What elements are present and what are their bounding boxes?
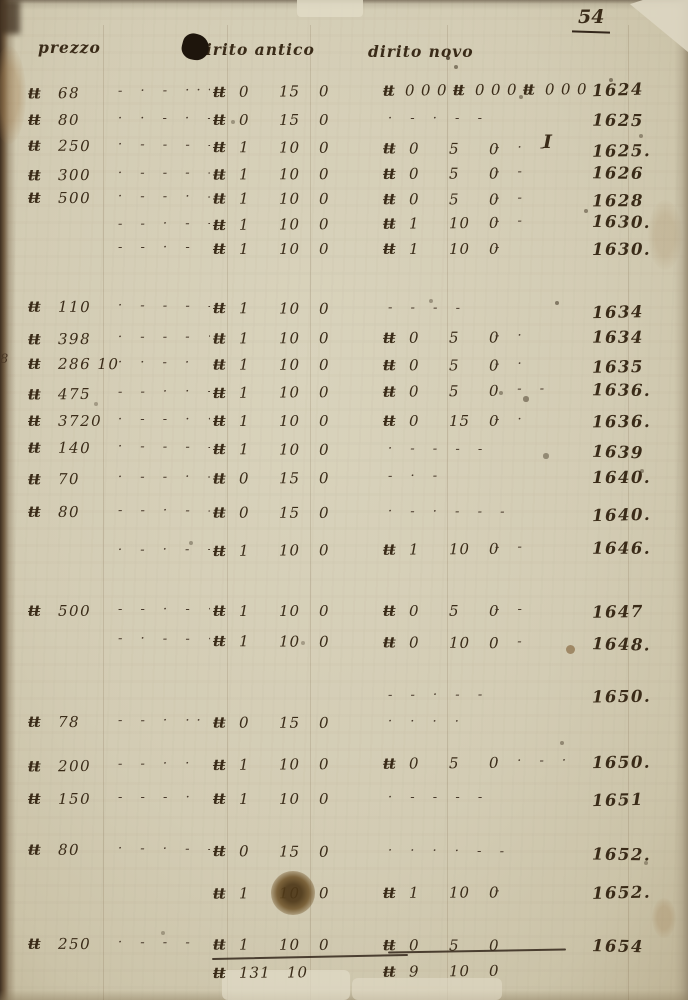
amount-digit: 10 (279, 356, 319, 374)
trail-dashes: - · - (388, 468, 586, 489)
amount-digit: 0 (409, 356, 449, 374)
gap-dashes: - - · · (118, 756, 210, 777)
year-cell: 1652. (592, 882, 682, 903)
lire-symbol: tt (383, 329, 409, 347)
lire-symbol: tt (383, 383, 409, 401)
amount-digit: 5 (449, 164, 489, 182)
year-cell: 1634 (592, 301, 682, 322)
dirito-antico-cell: tt0150 (213, 82, 381, 101)
trail-dashes: - - - - (388, 300, 586, 322)
amount-digit: 5 (449, 602, 489, 620)
year-cell: 1630. (592, 240, 682, 259)
gap-dashes: · - · - - (118, 841, 210, 862)
dirito-antico-cell: tt1100 (213, 138, 381, 157)
amount-digit: 10 (279, 633, 319, 651)
amount-digit: 0 (319, 884, 359, 902)
trail-dashes: - - (495, 191, 587, 211)
amount-digit: 1 (239, 190, 279, 208)
year-cell: 1640. (592, 504, 682, 525)
gap-dashes: - - · ·· (118, 713, 210, 733)
dirito-antico-cell: tt1100 (213, 541, 381, 560)
amount-digit: 10 (279, 300, 319, 318)
amount-digit: 0 (507, 81, 523, 99)
year-cell: 1654 (592, 936, 682, 957)
amount-digit: 131 (239, 963, 287, 981)
lire-symbol: tt (213, 756, 239, 774)
lire-symbol: tt (213, 83, 239, 101)
dirito-antico-cell: tt0150 (213, 503, 381, 522)
year-cell: 1639 (592, 442, 683, 464)
lire-symbol: tt (383, 82, 405, 100)
trail-dashes: - · - (495, 140, 587, 161)
amount-digit: 0 (319, 82, 359, 100)
gap-dashes: - - · - (118, 240, 210, 260)
ledger-row: tt300· - - - -tt1100tt050- -1626 (0, 164, 688, 191)
dirito-antico-cell: tt0150 (213, 713, 381, 732)
lire-symbol: tt (383, 190, 409, 208)
lire-symbol: tt (213, 790, 239, 808)
amount-digit: 1 (239, 790, 279, 808)
lire-symbol: tt (453, 81, 475, 99)
amount-digit: 1 (409, 884, 449, 902)
amount-digit: 0 (409, 754, 449, 772)
amount-digit: 10 (279, 165, 319, 183)
lire-symbol: tt (213, 542, 239, 560)
amount-digit: 0 (577, 80, 593, 98)
page-number-underline (572, 30, 610, 33)
gap-dashes: · - · - - (118, 542, 210, 563)
ledger-row: tt398· - - - ·tt1100tt050- ·1634 (0, 328, 688, 355)
amount-digit: 1 (409, 240, 449, 258)
amount-digit: 0 (239, 504, 279, 522)
lire-symbol: tt (383, 165, 409, 183)
corner-patch (630, 0, 688, 52)
prezzo-value: 80 (58, 841, 80, 859)
prezzo-value: 68 (58, 84, 80, 102)
lire-symbol: tt (213, 842, 239, 860)
trail-dashes: - · (495, 328, 587, 348)
amount-digit: 0 (545, 80, 561, 98)
ledger-row: tt286 10· · - ·tt1100tt050- ·1635 (0, 355, 688, 382)
dirito-novo-cell: tt000tt000tt000 (383, 80, 588, 100)
ledger-row: tt78- - · ··tt0150· · · · (0, 713, 688, 740)
amount-digit: 0 (421, 81, 437, 99)
amount-digit: 1 (239, 215, 279, 233)
year-cell: 1625. (592, 141, 682, 161)
dirito-antico-cell: tt0150 (213, 842, 381, 861)
amount-digit: 1 (239, 602, 279, 620)
lire-symbol: tt (383, 602, 409, 620)
ink-blot-large (271, 871, 315, 915)
lire-symbol: tt (28, 503, 54, 521)
ledger-row: tt150- - - ·tt1100· - - - -1651 (0, 790, 688, 814)
amount-digit: 0 (437, 81, 453, 99)
lire-symbol: tt (28, 757, 54, 775)
trail-dashes: · · · · - - (388, 843, 586, 865)
prezzo-value: 250 (58, 935, 91, 953)
prezzo-value: 140 (58, 439, 91, 457)
amount-digit: 0 (405, 81, 421, 99)
amount-digit: 15 (279, 843, 319, 861)
lire-symbol: tt (213, 355, 239, 373)
amount-digit: 1 (239, 383, 279, 401)
amount-digit: 10 (449, 962, 489, 980)
amount-digit: 1 (239, 632, 279, 650)
lire-symbol: tt (28, 935, 54, 953)
prezzo-value: 3720 (58, 412, 102, 430)
dirito-antico-cell: tt1100 (213, 329, 381, 348)
amount-digit: 10 (287, 963, 329, 981)
year-cell: 1650. (592, 686, 682, 706)
lire-symbol: tt (213, 165, 239, 183)
dirito-antico-cell: tt1100 (213, 602, 381, 620)
amount-digit: 15 (279, 469, 319, 487)
prezzo-value: 500 (58, 602, 91, 620)
ledger-row: tt68- · - ··· ·tt0150tt000tt000tt0001624 (0, 79, 688, 108)
trail-dashes: - - (495, 213, 587, 234)
lire-symbol: tt (28, 470, 54, 488)
gap-dashes: · · - · (118, 355, 210, 375)
dirito-antico-cell: tt1100 (213, 412, 381, 430)
trail-dashes: · - - - - (388, 441, 586, 463)
amount-digit: 9 (409, 962, 449, 980)
gap-dashes: - · - ··· · (118, 83, 210, 104)
ledger-row: tt250· - - -tt1100tt0501654 (0, 935, 688, 962)
amount-digit: 15 (279, 504, 319, 522)
lire-symbol: tt (28, 439, 54, 457)
amount-digit: 0 (319, 843, 359, 861)
lire-symbol: tt (383, 541, 409, 559)
amount-digit: 0 (239, 714, 279, 732)
trail-dashes: - · (495, 412, 587, 432)
gap-dashes: · - - · - - (118, 189, 210, 209)
lire-symbol: tt (28, 355, 54, 373)
tape-patch-top (297, 0, 363, 17)
year-cell: 1624 (592, 78, 683, 100)
year-cell: 1640. (592, 468, 682, 487)
amount-digit: 15 (279, 111, 319, 129)
lire-symbol: tt (213, 329, 239, 347)
dirito-antico-cell: tt1100 (213, 165, 381, 184)
amount-digit: 5 (449, 190, 489, 208)
dirito-antico-cell: tt1100 (213, 790, 381, 808)
dirito-antico-cell: tt1100 (213, 440, 381, 459)
trail-dashes: · · - · (495, 753, 587, 774)
lire-symbol: tt (28, 137, 54, 155)
lire-symbol: tt (213, 503, 239, 521)
ledger-row: tt70· - - · -tt0150- · -1640. (0, 468, 688, 495)
amount-digit: 15 (449, 412, 489, 430)
gap-dashes: · · - · - (118, 111, 210, 131)
ledger-row: tt80· · - · -tt0150· - · - -1625 (0, 111, 688, 135)
amount-digit: 0 (319, 165, 359, 183)
trail-dashes: · · · · (388, 714, 586, 735)
lire-symbol: tt (213, 602, 239, 620)
gap-dashes: · - - · - (118, 470, 210, 490)
dirito-antico-cell: tt0150 (213, 469, 381, 488)
lire-symbol: tt (383, 412, 409, 430)
trail-dashes: - - (495, 164, 587, 184)
lire-symbol: tt (28, 412, 54, 430)
gap-dashes: - - · - - (118, 503, 210, 523)
dirito-antico-cell: tt1100 (213, 632, 381, 651)
lire-symbol: tt (213, 240, 239, 258)
corner-shadow (0, 0, 20, 34)
amount-digit: 5 (449, 754, 489, 772)
lire-symbol: tt (383, 755, 409, 773)
trail-dashes: - (495, 240, 587, 260)
prezzo-value: 286 10 (58, 355, 120, 373)
amount-digit: 10 (449, 214, 489, 232)
amount-digit: 0 (319, 383, 359, 401)
amount-digit: 0 (319, 240, 359, 258)
amount-digit: 0 (319, 441, 359, 459)
trail-dashes: - - (495, 539, 587, 560)
amount-digit: 10 (279, 541, 319, 559)
amount-digit: 15 (279, 82, 319, 100)
prezzo-value: 300 (58, 166, 91, 184)
amount-digit: 10 (279, 602, 319, 620)
lire-symbol: tt (213, 469, 239, 487)
ink-specks (0, 0, 2, 2)
column-header-prezzo: prezzo (38, 38, 101, 57)
ledger-row: tt80- - · - -tt0150· - · - - -1640. (0, 503, 688, 530)
amount-digit: 0 (489, 962, 529, 980)
amount-digit: 10 (449, 240, 489, 258)
amount-digit: 10 (279, 790, 319, 808)
gap-dashes: · - - - (118, 935, 210, 955)
lire-symbol: tt (28, 166, 54, 184)
lire-symbol: tt (213, 713, 239, 731)
trail-dashes: · - - (495, 381, 587, 402)
dirito-antico-cell: tt1100 (213, 299, 381, 318)
gap-dashes: · - - - - (118, 137, 210, 158)
amount-digit: 0 (409, 633, 449, 651)
lire-symbol: tt (28, 602, 54, 620)
dirito-antico-cell: tt1100 (213, 935, 381, 954)
lire-symbol: tt (28, 330, 54, 348)
dirito-antico-cell: tt13110 (213, 963, 381, 982)
column-header-dirito-novo: dirito novo (368, 42, 474, 61)
amount-digit: 10 (449, 883, 489, 901)
manuscript-page: 54 prezzo dirito antico dirito novo tt68… (0, 0, 688, 1000)
amount-digit: 0 (319, 633, 359, 651)
amount-digit: 1 (239, 755, 279, 773)
lire-symbol: tt (28, 84, 54, 102)
lire-symbol: tt (213, 216, 239, 234)
lire-symbol: tt (383, 356, 409, 374)
gap-dashes: - · - - · - (118, 631, 210, 652)
amount-digit: 0 (319, 190, 359, 208)
dirito-antico-cell: tt1100 (213, 355, 381, 374)
amount-digit: 10 (449, 634, 489, 652)
year-cell: 1647 (592, 601, 682, 622)
dirito-antico-cell: tt1100 (213, 755, 381, 774)
amount-digit: 0 (319, 329, 359, 347)
amount-digit: 15 (279, 714, 319, 732)
amount-digit: 0 (319, 714, 359, 732)
dirito-antico-cell: tt1100 (213, 189, 381, 208)
amount-digit: 0 (409, 139, 449, 157)
lire-symbol: tt (28, 841, 54, 859)
dirito-antico-cell: tt1100 (213, 383, 381, 402)
lire-symbol: tt (213, 299, 239, 317)
prezzo-value: 150 (58, 790, 91, 808)
amount-digit: 0 (319, 936, 359, 954)
gap-dashes: · - - · · · (118, 412, 210, 432)
lire-symbol: tt (213, 964, 239, 982)
amount-digit: 0 (409, 329, 449, 347)
lire-symbol: tt (523, 80, 545, 98)
amount-digit: 1 (239, 541, 279, 559)
amount-digit: 0 (319, 755, 359, 773)
trail-dashes: - · (495, 357, 587, 377)
year-cell: 1646. (592, 539, 682, 558)
amount-digit: 0 (491, 81, 507, 99)
lire-symbol: tt (28, 111, 54, 129)
amount-digit: 1 (239, 412, 279, 430)
year-cell: 1650. (592, 752, 682, 772)
amount-digit: 0 (409, 165, 449, 183)
prezzo-value: 475 (58, 385, 91, 403)
amount-digit: 1 (239, 329, 279, 347)
amount-digit: 0 (319, 469, 359, 487)
lire-symbol: tt (28, 790, 54, 808)
amount-digit: 10 (279, 329, 319, 347)
trail-dashes: · - (495, 634, 587, 655)
amount-digit: 10 (279, 215, 319, 233)
amount-digit: 5 (449, 382, 489, 400)
amount-digit: 0 (319, 412, 359, 430)
lire-symbol: tt (28, 385, 54, 403)
year-cell: 1628 (592, 191, 682, 210)
amount-digit: 1 (409, 540, 449, 558)
lire-symbol: tt (213, 412, 239, 430)
gap-dashes: · - - - - (118, 166, 210, 186)
year-cell: 1630. (592, 212, 682, 233)
gap-dashes: · - - - - (118, 298, 210, 319)
amount-digit: 0 (319, 356, 359, 374)
lire-symbol: tt (28, 189, 54, 207)
gap-dashes: - - · - · (118, 602, 210, 622)
dirito-antico-cell: tt0150 (213, 111, 381, 129)
year-cell: 1634 (592, 328, 682, 347)
lire-symbol: tt (383, 139, 409, 157)
gap-dashes: - - · - - (118, 216, 210, 237)
amount-digit: 0 (319, 602, 359, 620)
dirito-antico-cell: tt1100 (213, 215, 381, 234)
amount-digit: 10 (279, 139, 319, 157)
lire-symbol: tt (213, 384, 239, 402)
year-cell: 1625 (592, 111, 682, 131)
amount-digit: 1 (239, 299, 279, 317)
lire-symbol: tt (213, 935, 239, 953)
prezzo-value: 500 (58, 189, 91, 207)
amount-digit: 0 (319, 790, 359, 808)
amount-digit: 1 (239, 440, 279, 458)
lire-symbol: tt (213, 884, 239, 902)
amount-digit: 10 (279, 190, 319, 208)
ledger-row: tt500· - - · - -tt1100tt050- -1628 (0, 189, 688, 216)
amount-digit: 0 (475, 81, 491, 99)
lire-symbol: tt (383, 884, 409, 902)
amount-digit: 5 (449, 356, 489, 374)
amount-digit: 0 (319, 541, 359, 559)
trail-dashes: · - - - - (388, 790, 586, 810)
trail-dashes: - (495, 883, 587, 903)
lire-symbol: tt (383, 240, 409, 258)
ledger-row: tt200- - · ·tt1100tt050· · - ·1650. (0, 752, 688, 781)
amount-digit: 0 (319, 300, 359, 318)
lire-symbol: tt (383, 633, 409, 651)
gap-dashes: - - - · (118, 790, 210, 810)
amount-digit: 10 (279, 441, 319, 459)
margin-mark: 8 (0, 352, 8, 367)
prezzo-value: 250 (58, 137, 91, 155)
lire-symbol: tt (213, 189, 239, 207)
trail-dashes: - - (495, 602, 587, 622)
lire-symbol: tt (383, 215, 409, 233)
year-cell: 1651 (592, 789, 682, 810)
dirito-antico-cell: tt1100 (213, 240, 381, 258)
amount-digit: 0 (489, 937, 529, 955)
trail-dashes: · - · - - (388, 111, 586, 131)
amount-digit: 0 (409, 412, 449, 430)
ledger-row: · - · - -tt1100tt1100- -1646. (0, 538, 688, 567)
amount-digit: 1 (239, 356, 279, 374)
prezzo-value: 80 (58, 503, 80, 521)
amount-digit: 1 (239, 138, 279, 156)
dirito-novo-cell: tt9100 (383, 961, 588, 981)
lire-symbol: tt (383, 963, 409, 981)
amount-digit: 0 (561, 80, 577, 98)
amount-digit: 1 (239, 936, 279, 954)
lire-symbol: tt (28, 713, 54, 731)
amount-digit: 0 (409, 382, 449, 400)
stray-mark: I (543, 131, 552, 153)
trail-dashes: · - · - - - (388, 504, 586, 525)
amount-digit: 1 (239, 165, 279, 183)
amount-digit: 1 (239, 240, 279, 258)
prezzo-value: 70 (58, 470, 80, 488)
ledger-row: - - · -tt1100tt1100-1630. (0, 240, 688, 264)
amount-digit: 10 (279, 240, 319, 258)
amount-digit: 0 (319, 504, 359, 522)
lire-symbol: tt (28, 298, 54, 316)
prezzo-value: 398 (58, 330, 91, 348)
prezzo-value: 78 (58, 713, 80, 731)
column-header-dirito-antico: dirito antico (194, 40, 315, 59)
gap-dashes: · - - - - (118, 439, 210, 460)
trail-dashes: - - · - - (388, 687, 586, 708)
amount-digit: 10 (279, 412, 319, 430)
amount-digit: 0 (319, 215, 359, 233)
amount-digit: 5 (449, 328, 489, 346)
year-cell: 1636. (592, 412, 682, 432)
totals-row: tt13110tt9100 (0, 960, 688, 989)
amount-digit: 0 (239, 82, 279, 100)
prezzo-value: 110 (58, 298, 91, 316)
lire-symbol: tt (213, 111, 239, 129)
prezzo-value: 200 (58, 757, 91, 775)
amount-digit: 0 (239, 469, 279, 487)
lire-symbol: tt (213, 440, 239, 458)
lire-symbol: tt (213, 632, 239, 650)
ledger-row: tt3720· - - · · ·tt1100tt0150- ·1636. (0, 412, 688, 436)
ledger-row: - - · - -1650. (0, 687, 688, 714)
amount-digit: 10 (279, 936, 319, 954)
amount-digit: 5 (449, 140, 489, 158)
